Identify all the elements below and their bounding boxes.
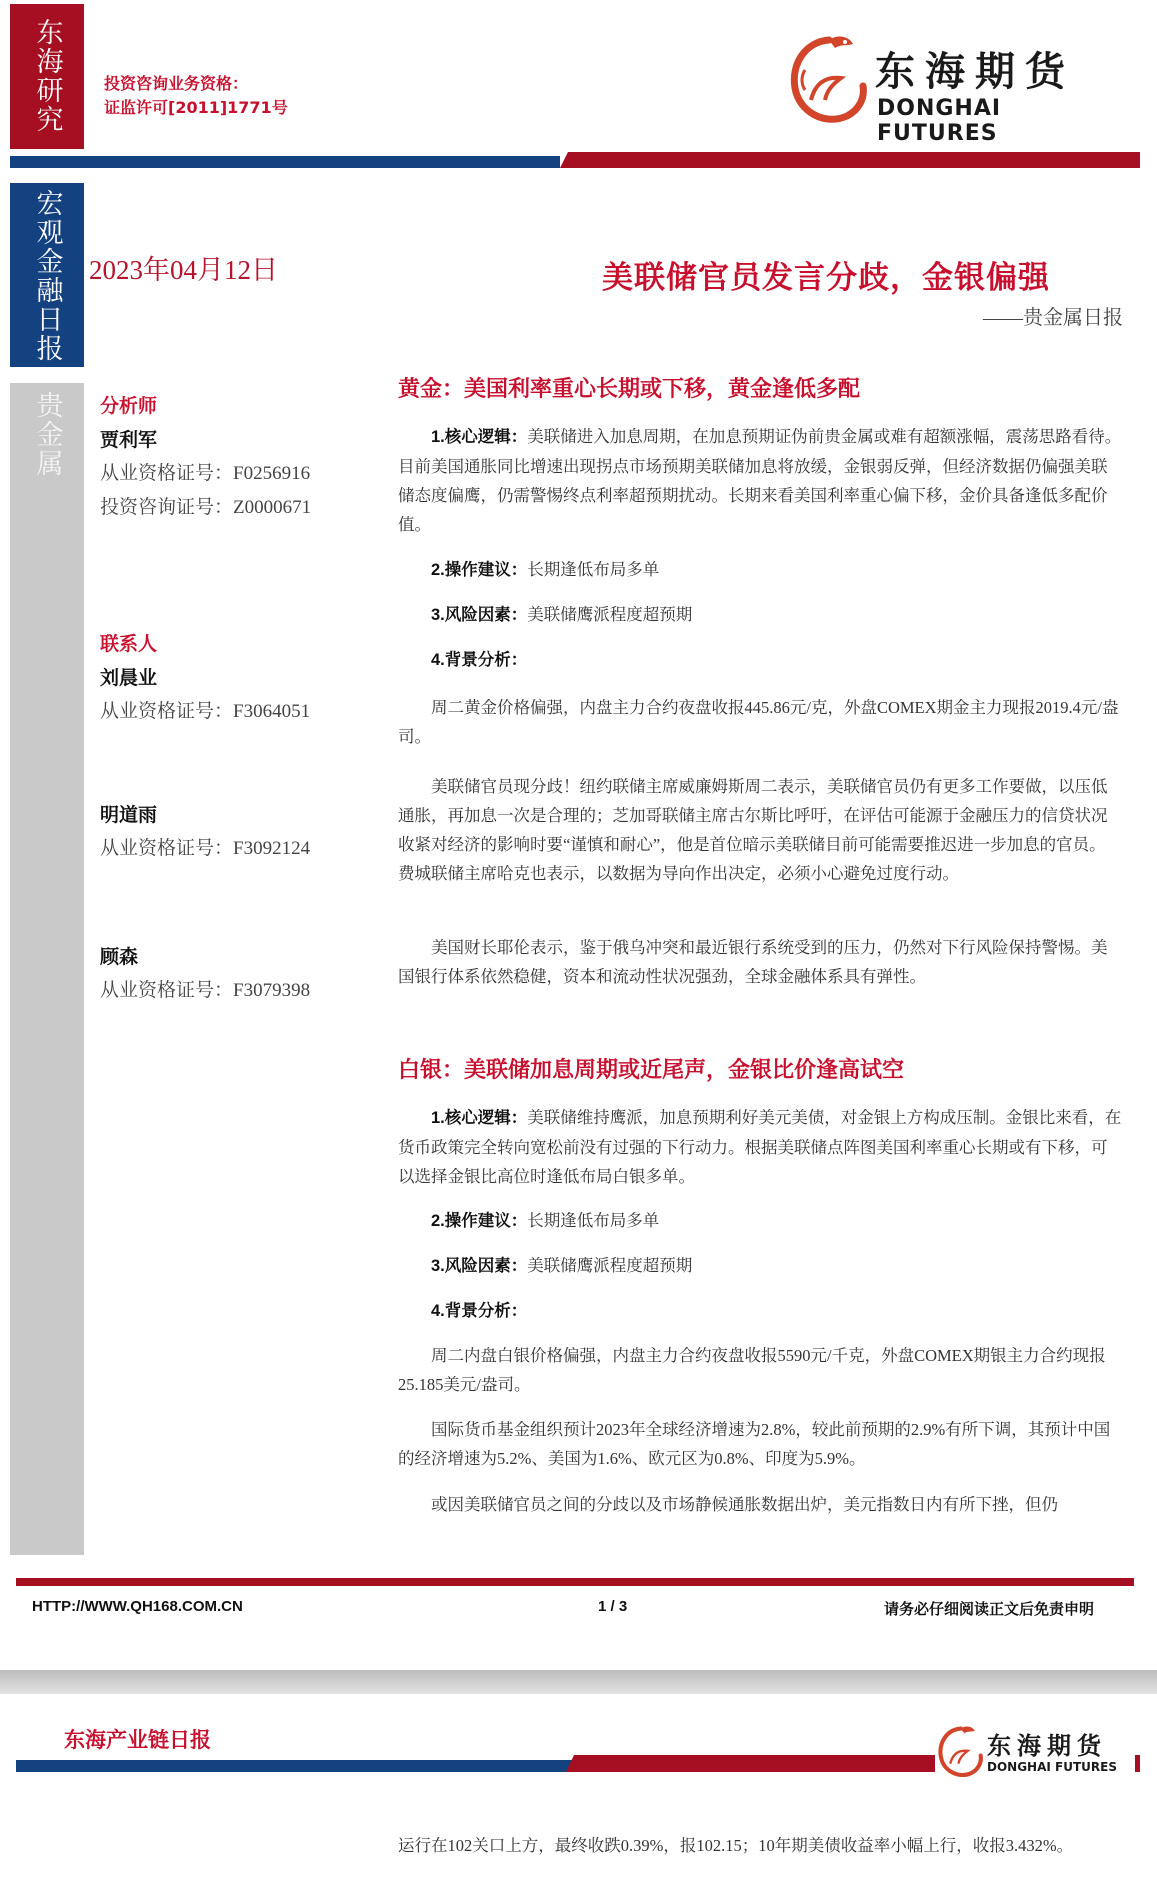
silver-advice-text: 长期逢低布局多单 bbox=[527, 1211, 659, 1230]
donghai-logo: 东海期货 DONGHAI FUTURES bbox=[785, 30, 1125, 130]
contact-section: 联系人 刘晨业 从业资格证号：F3064051 bbox=[100, 627, 310, 729]
dragon-logo-icon bbox=[785, 30, 867, 130]
footer-divider bbox=[16, 1578, 1134, 1586]
silver-bg-label: 4.背景分析： bbox=[431, 1302, 527, 1320]
analyst-cert-1: 从业资格证号：F0256916 bbox=[100, 457, 311, 491]
page2-logo-en: DONGHAI FUTURES bbox=[987, 1760, 1117, 1774]
contact-label: 联系人 bbox=[100, 627, 310, 661]
gold-core-label: 1.核心逻辑： bbox=[431, 428, 527, 446]
silver-advice-label: 2.操作建议： bbox=[431, 1212, 527, 1230]
gold-heading: 黄金：美国利率重心长期或下移，黄金逢低多配 bbox=[398, 372, 1122, 403]
report-date: 2023年04月12日 bbox=[89, 248, 278, 287]
page-separator bbox=[0, 1670, 1157, 1694]
gold-risk-label: 3.风险因素： bbox=[431, 606, 527, 624]
silver-background: 4.背景分析： bbox=[398, 1296, 1122, 1326]
report-subtitle: ——贵金属日报 bbox=[983, 301, 1123, 330]
category-block: 宏观金融日报 bbox=[10, 183, 84, 367]
silver-core-label: 1.核心逻辑： bbox=[431, 1109, 527, 1127]
contact-name: 刘晨业 bbox=[100, 661, 310, 695]
contact-name: 明道雨 bbox=[100, 798, 310, 832]
brand-block-text: 东海研究 bbox=[34, 18, 61, 134]
gold-advice-text: 长期逢低布局多单 bbox=[527, 560, 659, 579]
contact-cert: 从业资格证号：F3092124 bbox=[100, 832, 310, 866]
silver-risk: 3.风险因素：美联储鹰派程度超预期 bbox=[398, 1251, 1122, 1281]
qualification-line-2: 证监许可[2011]1771号 bbox=[104, 96, 288, 120]
contact-cert: 从业资格证号：F3064051 bbox=[100, 695, 310, 729]
page2-header-title: 东海产业链日报 bbox=[64, 1724, 211, 1754]
contact-name: 顾森 bbox=[100, 940, 310, 974]
qualification-line-1: 投资咨询业务资格： bbox=[104, 72, 288, 96]
header-divider-blue bbox=[10, 156, 560, 168]
analyst-label: 分析师 bbox=[100, 389, 311, 423]
dragon-logo-icon bbox=[935, 1722, 983, 1782]
gold-bg-paragraph: 美联储官员现分歧！纽约联储主席威廉姆斯周二表示，美联储官员仍有更多工作要做，以压… bbox=[398, 772, 1122, 888]
analyst-name: 贾利军 bbox=[100, 423, 311, 457]
contact-item: 明道雨 从业资格证号：F3092124 bbox=[100, 798, 310, 866]
gold-risk-text: 美联储鹰派程度超预期 bbox=[527, 605, 692, 624]
silver-risk-label: 3.风险因素： bbox=[431, 1257, 527, 1275]
silver-bg-paragraph: 周二内盘白银价格偏强，内盘主力合约夜盘收报5590元/千克，外盘COMEX期银主… bbox=[398, 1341, 1122, 1399]
brand-block: 东海研究 bbox=[10, 4, 84, 149]
silver-risk-text: 美联储鹰派程度超预期 bbox=[527, 1256, 692, 1275]
silver-heading: 白银：美联储加息周期或近尾声，金银比价逢高试空 bbox=[398, 1053, 1122, 1084]
qualification: 投资咨询业务资格： 证监许可[2011]1771号 bbox=[104, 72, 288, 120]
page2-divider-blue bbox=[16, 1760, 576, 1772]
logo-cn-text: 东海期货 bbox=[875, 40, 1075, 97]
page-number: 1 / 3 bbox=[598, 1598, 627, 1615]
page2-donghai-logo: 东海期货 DONGHAI FUTURES bbox=[935, 1722, 1135, 1782]
silver-core-logic: 1.核心逻辑：美联储维持鹰派，加息预期利好美元美债，对金银上方构成压制。金银比来… bbox=[398, 1103, 1122, 1191]
footer-disclaimer: 请务必仔细阅读正文后免责申明 bbox=[884, 1598, 1094, 1619]
gold-background: 4.背景分析： bbox=[398, 645, 1122, 675]
gold-bg-paragraph: 周二黄金价格偏强，内盘主力合约夜盘收报445.86元/克，外盘COMEX期金主力… bbox=[398, 693, 1122, 751]
page2-continued-text: 运行在102关口上方，最终收跌0.39%，报102.15；10年期美债收益率小幅… bbox=[398, 1832, 1073, 1856]
category-block-text: 宏观金融日报 bbox=[33, 189, 62, 363]
header-divider-red bbox=[560, 152, 1140, 168]
gold-advice: 2.操作建议：长期逢低布局多单 bbox=[398, 555, 1122, 585]
gold-core-logic: 1.核心逻辑：美联储进入加息周期，在加息预期证伪前贵金属或难有超额涨幅，震荡思路… bbox=[398, 422, 1122, 539]
gold-risk: 3.风险因素：美联储鹰派程度超预期 bbox=[398, 600, 1122, 630]
silver-advice: 2.操作建议：长期逢低布局多单 bbox=[398, 1206, 1122, 1236]
topic-column: 贵金属 bbox=[10, 383, 84, 1555]
silver-bg-paragraph: 或因美联储官员之间的分歧以及市场静候通胀数据出炉，美元指数日内有所下挫，但仍 bbox=[398, 1490, 1122, 1519]
footer-url-link[interactable]: HTTP://WWW.QH168.COM.CN bbox=[32, 1598, 243, 1615]
gold-bg-label: 4.背景分析： bbox=[431, 651, 527, 669]
gold-advice-label: 2.操作建议： bbox=[431, 561, 527, 579]
report-title: 美联储官员发言分歧，金银偏强 bbox=[602, 252, 1050, 297]
gold-bg-paragraph: 美国财长耶伦表示，鉴于俄乌冲突和最近银行系统受到的压力，仍然对下行风险保持警惕。… bbox=[398, 933, 1122, 991]
contact-cert: 从业资格证号：F3079398 bbox=[100, 974, 310, 1008]
page2-logo-cn: 东海期货 bbox=[987, 1726, 1107, 1761]
contact-item: 顾森 从业资格证号：F3079398 bbox=[100, 940, 310, 1008]
silver-bg-paragraph: 国际货币基金组织预计2023年全球经济增速为2.8%，较此前预期的2.9%有所下… bbox=[398, 1415, 1122, 1473]
logo-en-text: DONGHAI FUTURES bbox=[877, 96, 1125, 146]
topic-column-text: 贵金属 bbox=[33, 391, 62, 478]
analyst-section: 分析师 贾利军 从业资格证号：F0256916 投资咨询证号：Z0000671 bbox=[100, 389, 311, 525]
analyst-cert-2: 投资咨询证号：Z0000671 bbox=[100, 491, 311, 525]
